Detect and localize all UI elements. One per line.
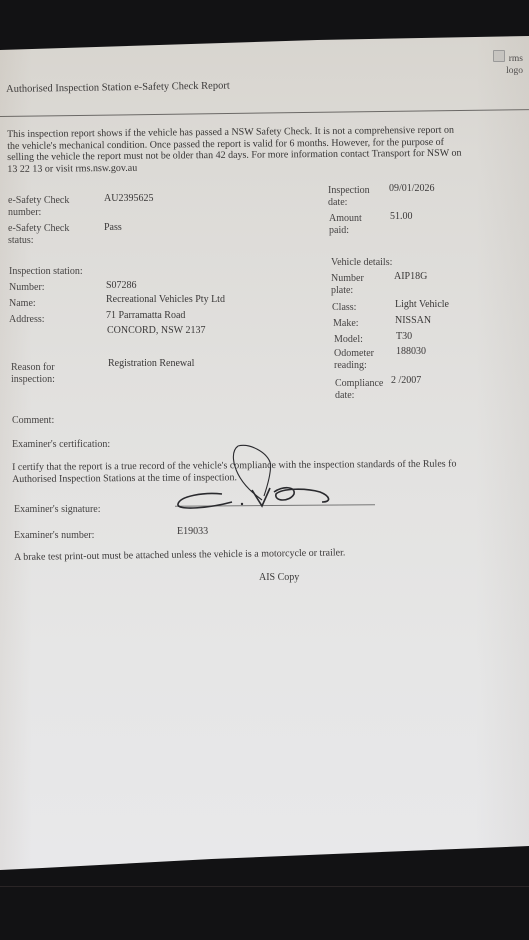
compliance-label: Compliancedate: xyxy=(335,378,383,402)
logo-alt-text-2: logo xyxy=(506,66,523,76)
compliance-date: 2 /2007 xyxy=(391,375,421,387)
photo-stage: rms logo Authorised Inspection Station e… xyxy=(0,0,529,940)
ais-copy-label: AIS Copy xyxy=(259,572,299,584)
desk-edge xyxy=(0,886,529,887)
examiner-number-label: Examiner's number: xyxy=(14,530,94,542)
station-address-line1: 71 Parramatta Road xyxy=(106,310,185,322)
examiner-signature xyxy=(170,444,380,514)
model-label: Model: xyxy=(334,334,363,346)
inspection-reason: Registration Renewal xyxy=(108,358,194,370)
check-status-label: e-Safety Checkstatus: xyxy=(8,223,69,247)
inspection-date-label: Inspectiondate: xyxy=(328,185,370,209)
broken-image-icon xyxy=(493,50,505,62)
vehicle-make: NISSAN xyxy=(395,315,431,327)
station-name: Recreational Vehicles Pty Ltd xyxy=(106,294,225,306)
station-address-line2: CONCORD, NSW 2137 xyxy=(107,325,205,337)
check-status: Pass xyxy=(104,222,122,234)
class-label: Class: xyxy=(332,302,356,314)
vehicle-heading: Vehicle details: xyxy=(331,257,392,269)
inspection-date: 09/01/2026 xyxy=(389,183,435,195)
number-plate: AIP18G xyxy=(394,271,427,283)
comment-label: Comment: xyxy=(12,415,54,427)
examiner-number: E19033 xyxy=(177,526,208,538)
certification-heading: Examiner's certification: xyxy=(12,439,110,451)
rms-logo: rms logo xyxy=(493,50,523,77)
brake-test-note: A brake test print-out must be attached … xyxy=(14,547,345,564)
reason-label: Reason forinspection: xyxy=(11,362,55,386)
vehicle-model: T30 xyxy=(396,331,412,343)
station-number-label: Number: xyxy=(9,282,45,294)
plate-label: Numberplate: xyxy=(331,273,364,297)
odometer-reading: 188030 xyxy=(396,346,426,358)
logo-alt-text-1: rms xyxy=(509,54,523,64)
station-name-label: Name: xyxy=(9,298,36,310)
station-address-label: Address: xyxy=(9,314,45,326)
report-document: rms logo Authorised Inspection Station e… xyxy=(0,36,529,870)
odometer-label: Odometerreading: xyxy=(334,348,374,372)
vehicle-class: Light Vehicle xyxy=(395,299,449,311)
intro-paragraph: This inspection report shows if the vehi… xyxy=(7,124,529,175)
check-number-label: e-Safety Checknumber: xyxy=(8,195,69,219)
check-number: AU2395625 xyxy=(104,193,153,205)
station-number: S07286 xyxy=(106,280,137,292)
make-label: Make: xyxy=(333,318,359,330)
station-heading: Inspection station: xyxy=(9,266,83,278)
amount-paid: 51.00 xyxy=(390,211,413,223)
amount-paid-label: Amountpaid: xyxy=(329,213,362,237)
report-title: Authorised Inspection Station e-Safety C… xyxy=(6,80,230,96)
title-divider xyxy=(0,109,529,117)
signature-label: Examiner's signature: xyxy=(14,504,101,516)
